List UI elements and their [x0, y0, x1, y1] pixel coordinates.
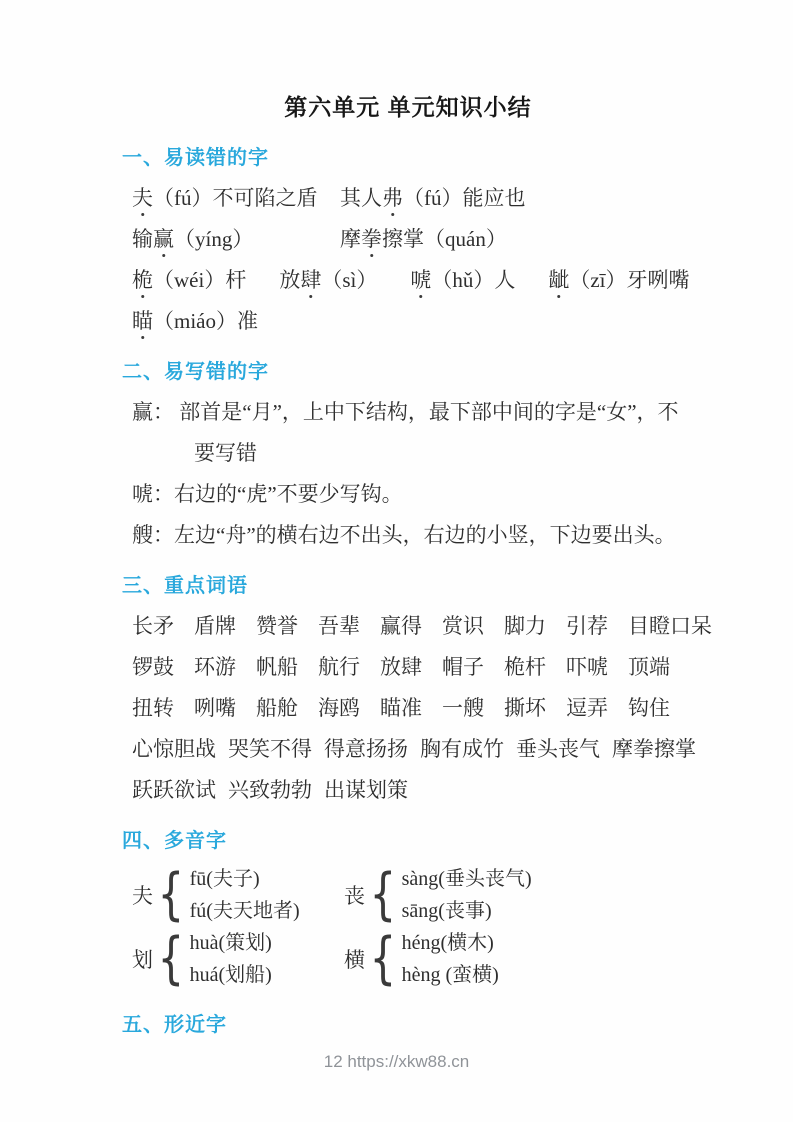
section-heading-miswritten: 二、易写错的字	[122, 360, 694, 384]
pinyin-phrase: 输赢（yíng）	[132, 227, 340, 252]
brace-glyph: {	[157, 931, 184, 987]
miswritten-lines: 赢： 部首是“月”，上中下结构，最下部中间的字是“女”，不要写错唬：右边的“虎”…	[122, 400, 694, 548]
word-item: 跃跃欲试	[132, 778, 216, 803]
emphasized-char: 龇	[548, 268, 569, 293]
pinyin-phrase: 放肆（sì）	[279, 268, 377, 293]
polyphone-readings: huà(策划)huá(划船)	[190, 932, 272, 987]
word-item: 环游	[194, 655, 236, 680]
pinyin-phrase: 唬（hǔ）人	[410, 268, 515, 293]
polyphone-entry: 划{huà(策划)huá(划船)	[132, 931, 344, 987]
pinyin-phrase: 桅（wéi）杆	[132, 268, 246, 293]
polyphone-entry: 夫{fū(夫子)fú(夫天地者)	[132, 867, 344, 923]
mispronounced-row: 夫（fú）不可陷之盾其人弗（fú）能应也	[132, 186, 694, 211]
word-item: 桅杆	[504, 655, 546, 680]
polyphone-reading: huá(划船)	[190, 964, 272, 987]
polyphone-char: 划	[132, 944, 153, 974]
words-row: 长矛盾牌赞誉吾辈赢得赏识脚力引荐目瞪口呆	[132, 614, 694, 639]
polyphone-char: 横	[344, 944, 365, 974]
emphasized-char: 弗	[382, 186, 403, 211]
polyphone-reading: fū(夫子)	[190, 868, 300, 891]
miswritten-line: 赢： 部首是“月”，上中下结构，最下部中间的字是“女”，不	[132, 400, 694, 425]
word-item: 赏识	[442, 614, 484, 639]
polyphone-readings: fū(夫子)fú(夫天地者)	[190, 868, 300, 923]
word-item: 锣鼓	[132, 655, 174, 680]
word-item: 船舱	[256, 696, 298, 721]
emphasized-char: 桅	[132, 268, 153, 293]
polyphone-reading: fú(夫天地者)	[190, 900, 300, 923]
word-item: 兴致勃勃	[228, 778, 312, 803]
polyphone-entry: 丧{sàng(垂头丧气)sāng(丧事)	[344, 867, 694, 923]
word-item: 吾辈	[318, 614, 360, 639]
word-item: 帽子	[442, 655, 484, 680]
pinyin-phrase: 其人弗（fú）能应也	[340, 186, 526, 211]
word-item: 钩住	[628, 696, 670, 721]
polyphone-char: 丧	[344, 880, 365, 910]
pinyin-phrase: 夫（fú）不可陷之盾	[132, 186, 340, 211]
polyphone-readings: héng(横木)hèng (蛮横)	[402, 932, 499, 987]
word-item: 引荐	[566, 614, 608, 639]
word-item: 逗弄	[566, 696, 608, 721]
emphasized-char: 瞄	[132, 309, 153, 334]
emphasized-char: 赢	[153, 227, 174, 252]
word-item: 得意扬扬	[324, 737, 408, 762]
emphasized-char: 夫	[132, 186, 153, 211]
word-item: 瞄准	[380, 696, 422, 721]
word-item: 撕坏	[504, 696, 546, 721]
pinyin-phrase: 摩拳擦掌（quán）	[340, 227, 507, 252]
word-item: 目瞪口呆	[628, 614, 712, 639]
mispronounced-row: 输赢（yíng）摩拳擦掌（quán）	[132, 227, 694, 252]
mispronounced-row: 桅（wéi）杆放肆（sì）唬（hǔ）人龇（zī）牙咧嘴	[132, 268, 694, 293]
emphasized-char: 拳	[361, 227, 382, 252]
word-item: 一艘	[442, 696, 484, 721]
polyphone-entry: 横{héng(横木)hèng (蛮横)	[344, 931, 694, 987]
word-item: 海鸥	[318, 696, 360, 721]
miswritten-line: 唬：右边的“虎”不要少写钩。	[132, 482, 694, 507]
word-item: 垂头丧气	[516, 737, 600, 762]
word-item: 咧嘴	[194, 696, 236, 721]
words-row: 锣鼓环游帆船航行放肆帽子桅杆吓唬顶端	[132, 655, 694, 680]
polyphone-reading: sāng(丧事)	[402, 900, 532, 923]
section-heading-similar-chars: 五、形近字	[122, 1013, 694, 1037]
words-row: 扭转咧嘴船舱海鸥瞄准一艘撕坏逗弄钩住	[132, 696, 694, 721]
word-item: 航行	[318, 655, 360, 680]
brace-glyph: {	[369, 867, 396, 923]
words-row: 跃跃欲试兴致勃勃出谋划策	[132, 778, 694, 803]
section-heading-polyphones: 四、多音字	[122, 829, 694, 853]
word-item: 吓唬	[566, 655, 608, 680]
brace-glyph: {	[157, 867, 184, 923]
document-page: 第六单元 单元知识小结 一、易读错的字 夫（fú）不可陷之盾其人弗（fú）能应也…	[0, 0, 793, 1122]
polyphone-reading: sàng(垂头丧气)	[402, 868, 532, 891]
mispronounced-rows: 夫（fú）不可陷之盾其人弗（fú）能应也输赢（yíng）摩拳擦掌（quán）桅（…	[122, 186, 694, 334]
word-item: 哭笑不得	[228, 737, 312, 762]
emphasized-char: 唬	[410, 268, 431, 293]
word-item: 摩拳擦掌	[612, 737, 696, 762]
word-item: 心惊胆战	[132, 737, 216, 762]
page-title: 第六单元 单元知识小结	[122, 94, 694, 120]
brace-glyph: {	[369, 931, 396, 987]
polyphone-char: 夫	[132, 880, 153, 910]
word-item: 放肆	[380, 655, 422, 680]
polyphone-reading: huà(策划)	[190, 932, 272, 955]
key-words-rows: 长矛盾牌赞誉吾辈赢得赏识脚力引荐目瞪口呆锣鼓环游帆船航行放肆帽子桅杆吓唬顶端扭转…	[122, 614, 694, 803]
section-heading-key-words: 三、重点词语	[122, 574, 694, 598]
word-item: 扭转	[132, 696, 174, 721]
word-item: 出谋划策	[324, 778, 408, 803]
word-item: 盾牌	[194, 614, 236, 639]
section-heading-mispronounced: 一、易读错的字	[122, 146, 694, 170]
page-content: 第六单元 单元知识小结 一、易读错的字 夫（fú）不可陷之盾其人弗（fú）能应也…	[122, 94, 694, 1037]
mispronounced-row: 瞄（miáo）准	[132, 309, 694, 334]
words-row: 心惊胆战哭笑不得得意扬扬胸有成竹垂头丧气摩拳擦掌	[132, 737, 694, 762]
polyphone-reading: héng(横木)	[402, 932, 499, 955]
word-item: 赢得	[380, 614, 422, 639]
polyphone-readings: sàng(垂头丧气)sāng(丧事)	[402, 868, 532, 923]
word-item: 顶端	[628, 655, 670, 680]
page-footer: 12 https://xkw88.cn	[0, 1052, 793, 1072]
footer-url-text: 12 https://xkw88.cn	[324, 1052, 470, 1071]
emphasized-char: 肆	[300, 268, 321, 293]
miswritten-line: 要写错	[132, 441, 694, 466]
word-item: 脚力	[504, 614, 546, 639]
pinyin-phrase: 瞄（miáo）准	[132, 309, 258, 334]
word-item: 赞誉	[256, 614, 298, 639]
word-item: 胸有成竹	[420, 737, 504, 762]
miswritten-line: 艘：左边“舟”的横右边不出头，右边的小竖，下边要出头。	[132, 523, 694, 548]
polyphone-grid: 夫{fū(夫子)fú(夫天地者)丧{sàng(垂头丧气)sāng(丧事)划{hu…	[122, 867, 694, 987]
word-item: 长矛	[132, 614, 174, 639]
polyphone-reading: hèng (蛮横)	[402, 964, 499, 987]
word-item: 帆船	[256, 655, 298, 680]
pinyin-phrase: 龇（zī）牙咧嘴	[548, 268, 689, 293]
